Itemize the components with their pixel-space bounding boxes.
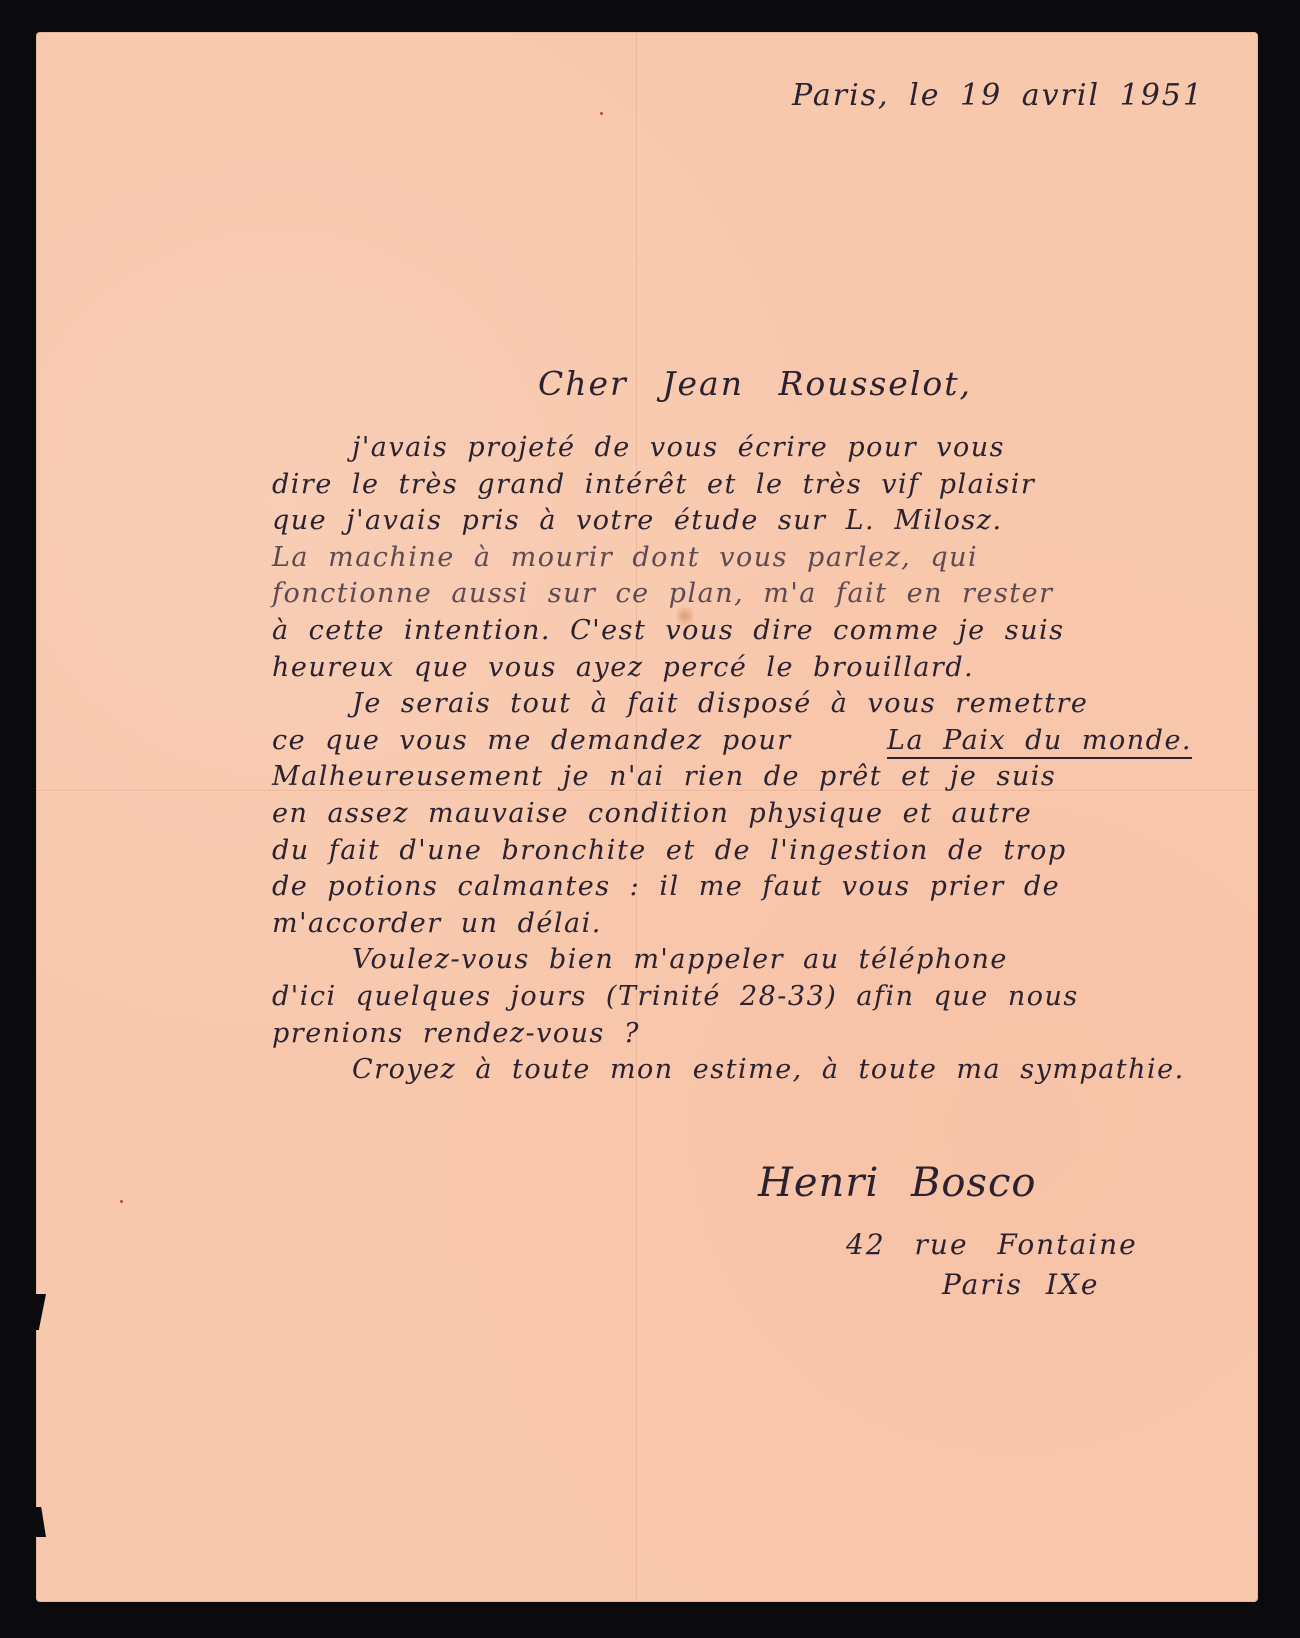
body-line: Malheureusement je n'ai rien de prêt et … bbox=[272, 759, 1192, 796]
body-line: en assez mauvaise condition physique et … bbox=[272, 796, 1192, 833]
body-line: fonctionne aussi sur ce plan, m'a fait e… bbox=[272, 576, 1192, 613]
body-line: dire le très grand intérêt et le très vi… bbox=[272, 467, 1192, 504]
paper-speck bbox=[120, 1200, 123, 1203]
letter-date: Paris, le 19 avril 1951 bbox=[792, 78, 1204, 113]
address-city: Paris IXe bbox=[942, 1268, 1099, 1301]
letter-sheet: Paris, le 19 avril 1951 Cher Jean Rousse… bbox=[36, 32, 1258, 1602]
paper-speck bbox=[600, 112, 603, 115]
body-line: de potions calmantes : il me faut vous p… bbox=[272, 869, 1192, 906]
body-line: La machine à mourir dont vous parlez, qu… bbox=[272, 540, 1192, 577]
body-line: Voulez-vous bien m'appeler au téléphone bbox=[272, 942, 1192, 979]
body-line: du fait d'une bronchite et de l'ingestio… bbox=[272, 833, 1192, 870]
address-street: 42 rue Fontaine bbox=[846, 1228, 1138, 1261]
letter-salutation: Cher Jean Rousselot, bbox=[538, 364, 972, 403]
body-line: Je serais tout à fait disposé à vous rem… bbox=[272, 686, 1192, 723]
underlined-work-title: La Paix du monde. bbox=[887, 723, 1192, 760]
edge-tear-upper bbox=[34, 1294, 46, 1330]
edge-tear-lower bbox=[34, 1507, 46, 1537]
body-line: que j'avais pris à votre étude sur L. Mi… bbox=[272, 503, 1192, 540]
signature: Henri Bosco bbox=[758, 1160, 1036, 1206]
body-line-text: ce que vous me demandez pour bbox=[272, 723, 792, 760]
body-line: j'avais projeté de vous écrire pour vous bbox=[272, 430, 1192, 467]
closing-line: Croyez à toute mon estime, à toute ma sy… bbox=[272, 1052, 1192, 1089]
letter-body: j'avais projeté de vous écrire pour vous… bbox=[272, 430, 1192, 1089]
body-line: prenions rendez-vous ? bbox=[272, 1016, 1192, 1053]
body-line: à cette intention. C'est vous dire comme… bbox=[272, 613, 1192, 650]
body-line: heureux que vous ayez percé le brouillar… bbox=[272, 650, 1192, 687]
body-line-with-title: ce que vous me demandez pour La Paix du … bbox=[272, 723, 1192, 760]
body-line: d'ici quelques jours (Trinité 28-33) afi… bbox=[272, 979, 1192, 1016]
body-line: m'accorder un délai. bbox=[272, 906, 1192, 943]
